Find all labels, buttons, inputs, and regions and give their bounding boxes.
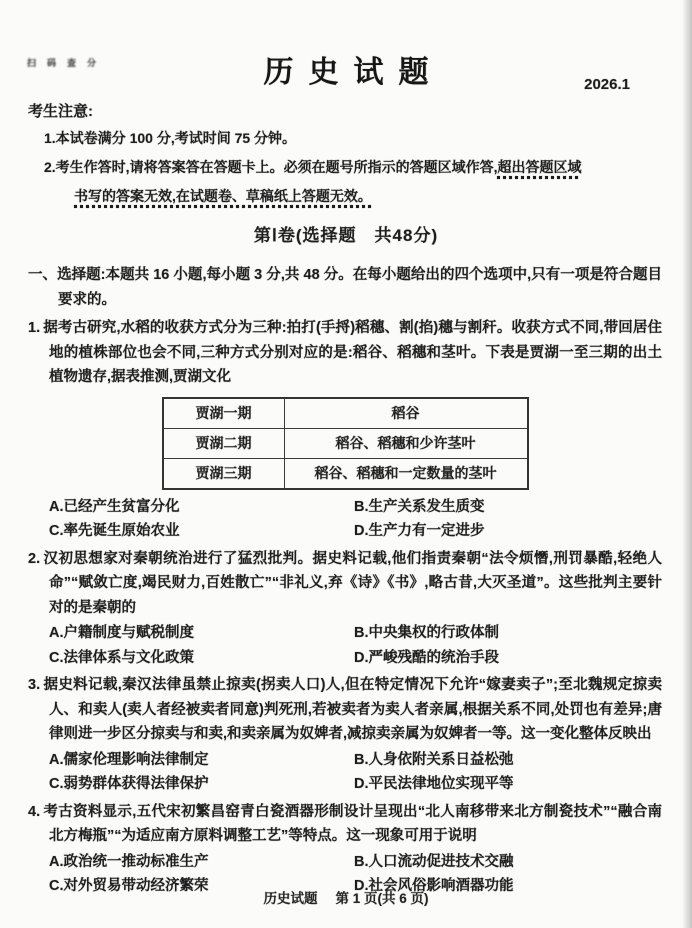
option-a: A.儒家伦理影响法律制定 [49, 748, 354, 773]
options-grid: A.已经产生贫富分化 B.生产关系发生质变 C.率先诞生原始农业 D.生产力有一… [49, 495, 662, 544]
option-a: A.户籍制度与赋税制度 [49, 621, 354, 646]
exam-page: 扫码查分 历史试题 2026.1 考生注意: 1.本试卷满分 100 分,考试时… [0, 0, 692, 928]
option-d: D.严峻残酷的统治手段 [354, 646, 662, 671]
option-c: C.法律体系与文化政策 [49, 646, 354, 671]
notice-item-2-text: 2.考生作答时,请将答案答在答题卡上。必须在题号所指示的答题区域作答, [44, 159, 497, 175]
question-stem: 2.汉初思想家对秦朝统治进行了猛烈批判。据史料记载,他们指责秦朝“法令烦憯,刑罚… [28, 547, 662, 621]
notice-emphasis-2: 书写的答案无效,在试题卷、草稿纸上答题无效。 [74, 188, 372, 204]
option-d: D.平民法律地位实现平等 [354, 772, 662, 797]
option-d: D.生产力有一定进步 [354, 519, 662, 544]
table-cell-period: 贾湖三期 [163, 458, 285, 489]
page-footer: 历史试题第 1 页(共 6 页) [0, 887, 692, 907]
plant-remains-table: 贾湖一期 稻谷 贾湖二期 稻谷、稻穗和少许茎叶 贾湖三期 稻谷、稻穗和一定数量的… [162, 397, 529, 490]
question-number: 3. [28, 677, 40, 693]
question-3: 3.据史料记载,秦汉法律虽禁止掠卖(拐卖人口)人,但在特定情况下允许“嫁妻卖子”… [28, 673, 662, 797]
table-row: 贾湖一期 稻谷 [163, 398, 528, 429]
table-cell-remains: 稻谷、稻穗和少许茎叶 [284, 428, 528, 458]
question-number: 2. [28, 551, 40, 567]
notice-item-1: 1.本试卷满分 100 分,考试时间 75 分钟。 [44, 126, 662, 150]
notice-item-2: 2.考生作答时,请将答案答在答题卡上。必须在题号所指示的答题区域作答,超出答题区… [44, 155, 662, 179]
footer-page-number: 第 1 页(共 6 页) [335, 891, 428, 906]
question-stem: 1.据考古研究,水稻的收获方式分为三种:拍打(手捋)稻穗、割(掐)穗与割秆。收获… [28, 316, 662, 390]
table-row: 贾湖三期 稻谷、稻穗和一定数量的茎叶 [163, 458, 528, 489]
table-cell-remains: 稻谷 [284, 398, 528, 429]
question-type-intro: 一、选择题:本题共 16 小题,每小题 3 分,共 48 分。在每小题给出的四个… [28, 263, 662, 313]
question-2: 2.汉初思想家对秦朝统治进行了猛烈批判。据史料记载,他们指责秦朝“法令烦憯,刑罚… [28, 547, 662, 671]
exam-date: 2026.1 [584, 76, 630, 93]
question-number: 1. [28, 320, 40, 336]
option-a: A.已经产生贫富分化 [49, 495, 354, 520]
question-stem: 4.考古资料显示,五代宋初繁昌窑青白瓷酒器形制设计呈现出“北人南移带来北方制瓷技… [28, 800, 662, 849]
footer-doc-title: 历史试题 [263, 891, 317, 906]
option-c: C.弱势群体获得法律保护 [49, 772, 354, 797]
options-grid: A.儒家伦理影响法律制定 B.人身依附关系日益松弛 C.弱势群体获得法律保护 D… [49, 748, 662, 797]
header: 历史试题 2026.1 [0, 0, 692, 91]
question-number: 4. [28, 804, 40, 820]
question-text: 据史料记载,秦汉法律虽禁止掠卖(拐卖人口)人,但在特定情况下允许“嫁妻卖子”;至… [43, 677, 662, 742]
question-text: 考古资料显示,五代宋初繁昌窑青白瓷酒器形制设计呈现出“北人南移带来北方制瓷技术”… [43, 804, 662, 845]
option-b: B.生产关系发生质变 [354, 495, 662, 520]
option-c: C.率先诞生原始农业 [49, 519, 354, 544]
option-b: B.人口流动促进技术交融 [354, 850, 662, 875]
table-cell-period: 贾湖一期 [163, 398, 285, 429]
table-row: 贾湖二期 稻谷、稻穗和少许茎叶 [163, 428, 528, 458]
options-grid: A.户籍制度与赋税制度 B.中央集权的行政体制 C.法律体系与文化政策 D.严峻… [49, 621, 662, 670]
question-text: 据考古研究,水稻的收获方式分为三种:拍打(手捋)稻穗、割(掐)穗与割秆。收获方式… [43, 320, 662, 385]
notice-emphasis-1: 超出答题区域 [497, 159, 581, 175]
notice-section: 考生注意: 1.本试卷满分 100 分,考试时间 75 分钟。 2.考生作答时,… [0, 100, 692, 208]
table-cell-period: 贾湖二期 [163, 428, 285, 458]
question-stem: 3.据史料记载,秦汉法律虽禁止掠卖(拐卖人口)人,但在特定情况下允许“嫁妻卖子”… [28, 673, 662, 747]
question-4: 4.考古资料显示,五代宋初繁昌窑青白瓷酒器形制设计呈现出“北人南移带来北方制瓷技… [28, 800, 662, 899]
option-b: B.人身依附关系日益松弛 [354, 748, 662, 773]
table-cell-remains: 稻谷、稻穗和一定数量的茎叶 [284, 458, 528, 489]
section-heading: 第Ⅰ卷(选择题 共48分) [0, 221, 692, 246]
question-1: 1.据考古研究,水稻的收获方式分为三种:拍打(手捋)稻穗、割(掐)穗与割秆。收获… [28, 316, 662, 544]
option-a: A.政治统一推动标准生产 [49, 850, 354, 875]
question-text: 汉初思想家对秦朝统治进行了猛烈批判。据史料记载,他们指责秦朝“法令烦憯,刑罚暴酷… [43, 551, 662, 616]
option-b: B.中央集权的行政体制 [354, 621, 662, 646]
notice-heading: 考生注意: [28, 100, 692, 121]
notice-item-2-continued: 书写的答案无效,在试题卷、草稿纸上答题无效。 [74, 184, 662, 208]
